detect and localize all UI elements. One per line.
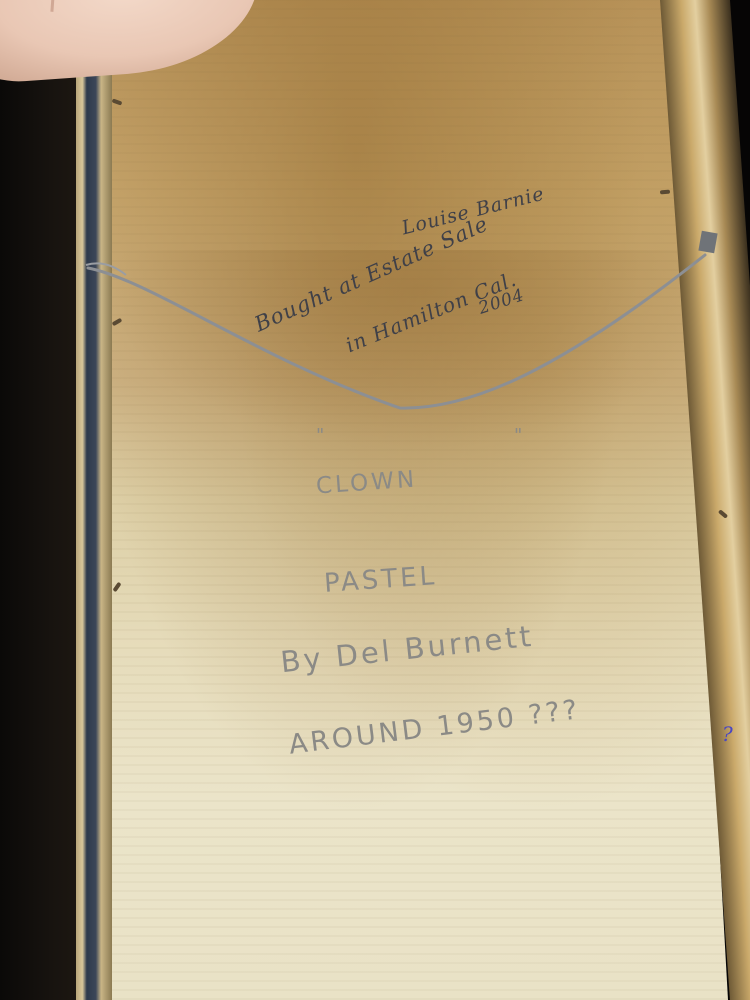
title-open-quote: " — [316, 425, 327, 446]
hanging-wire[interactable] — [0, 0, 750, 1000]
hand-crease — [50, 0, 58, 12]
blue-question-mark: ? — [722, 722, 734, 746]
photo-scene: Louise Barnie Bought at Estate Sale in H… — [0, 0, 750, 1000]
title-close-quote: " — [514, 425, 525, 446]
